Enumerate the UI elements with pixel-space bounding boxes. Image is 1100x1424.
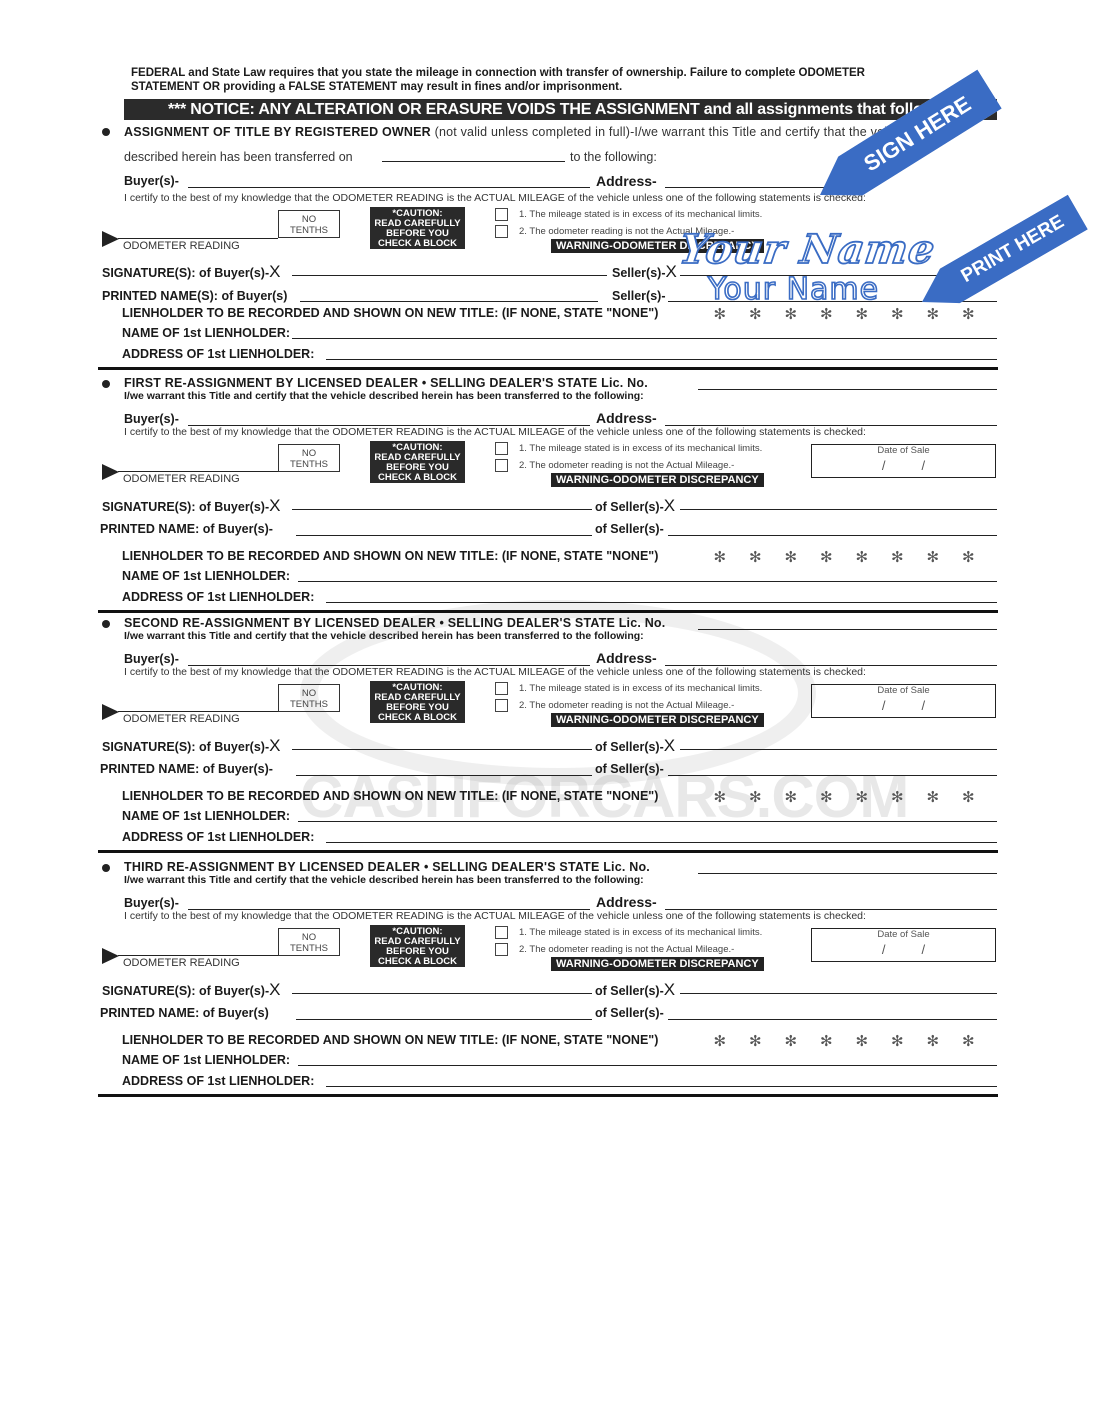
checkbox-not-actual-mileage[interactable] — [495, 699, 508, 712]
caution-box: *CAUTION:READ CAREFULLY BEFORE YOUCHECK … — [370, 207, 465, 249]
pointer-arrow-icon — [102, 464, 119, 480]
odometer-certify-text: I certify to the best of my knowledge th… — [124, 910, 866, 922]
no-tenths-box: NOTENTHS — [278, 928, 340, 956]
section-bullet — [102, 128, 110, 136]
section-divider — [98, 1094, 998, 1097]
seller-signature-field[interactable] — [680, 509, 997, 510]
pointer-arrow-icon — [102, 704, 119, 720]
seller-signature-field[interactable] — [680, 993, 997, 994]
seller-signature-label: of Seller(s)-X — [595, 496, 675, 516]
lienholder-address-field[interactable] — [326, 602, 997, 603]
odometer-reading-field[interactable] — [118, 471, 278, 472]
statement-not-actual-mileage: 2. The odometer reading is not the Actua… — [519, 460, 734, 471]
lienholder-address-label: ADDRESS OF 1st LIENHOLDER: — [122, 590, 314, 604]
buyer-printed-name-field[interactable] — [296, 535, 592, 536]
lienholder-address-field[interactable] — [326, 359, 997, 360]
transfer-date-field[interactable] — [382, 161, 565, 162]
lienholder-heading: LIENHOLDER TO BE RECORDED AND SHOWN ON N… — [122, 1033, 658, 1047]
notice-banner: *** NOTICE: ANY ALTERATION OR ERASURE VO… — [124, 99, 997, 120]
seller-printed-name-field[interactable] — [668, 535, 997, 536]
seller-printed-name-field[interactable] — [668, 1019, 997, 1020]
buyer-signature-field[interactable] — [292, 275, 607, 276]
statement-mechanical-limits: 1. The mileage stated is in excess of it… — [519, 209, 762, 220]
address-label: Address- — [596, 173, 657, 189]
caution-box: *CAUTION:READ CAREFULLY BEFORE YOUCHECK … — [370, 441, 465, 483]
owner-section-title: ASSIGNMENT OF TITLE BY REGISTERED OWNER — [124, 125, 431, 139]
seller-printed-name-field[interactable] — [668, 775, 997, 776]
date-of-sale-field[interactable]: / / — [812, 942, 995, 957]
buyer-printed-name-field[interactable] — [296, 1019, 592, 1020]
lienholder-name-field[interactable] — [298, 581, 997, 582]
date-of-sale-box[interactable]: Date of Sale / / — [811, 928, 996, 962]
sample-printed-name: Your Name — [708, 272, 879, 307]
legal-warning-line1: FEDERAL and State Law requires that you … — [131, 66, 1001, 80]
buyer-signature-label: SIGNATURE(S): of Buyer(s)-X — [102, 496, 280, 516]
checkbox-mechanical-limits[interactable] — [495, 682, 508, 695]
statement-not-actual-mileage: 2. The odometer reading is not the Actua… — [519, 700, 734, 711]
dealer-license-field[interactable] — [698, 629, 997, 630]
odometer-reading-label: ODOMETER READING — [123, 240, 240, 252]
dealer-warrant-text: I/we warrant this Title and certify that… — [124, 630, 644, 642]
buyer-printed-name-field[interactable] — [296, 775, 592, 776]
buyer-signature-field[interactable] — [292, 509, 592, 510]
buyer-printed-name-label: PRINTED NAME: of Buyer(s)- — [100, 762, 273, 776]
date-of-sale-label: Date of Sale — [812, 929, 995, 940]
dealer-license-field[interactable] — [698, 873, 997, 874]
legal-warning-line2: STATEMENT OR providing a FALSE STATEMENT… — [131, 80, 1001, 94]
date-of-sale-box[interactable]: Date of Sale / / — [811, 444, 996, 478]
lienholder-heading: LIENHOLDER TO BE RECORDED AND SHOWN ON N… — [122, 789, 658, 803]
no-tenths-box: NOTENTHS — [278, 444, 340, 472]
dealer-section-title: THIRD RE-ASSIGNMENT BY LICENSED DEALER •… — [124, 860, 650, 874]
transfer-to-label: to the following: — [570, 150, 657, 164]
seller-signature-label: Seller(s)-X — [612, 262, 677, 282]
odometer-certify-text: I certify to the best of my knowledge th… — [124, 666, 866, 678]
transfer-date-label: described herein has been transferred on — [124, 150, 353, 164]
transfer-date-row: described herein has been transferred on — [124, 150, 353, 164]
lienholder-heading: LIENHOLDER TO BE RECORDED AND SHOWN ON N… — [122, 549, 658, 563]
address-label: Address- — [596, 410, 657, 426]
buyer-signature-label: SIGNATURE(S): of Buyer(s)-X — [102, 736, 280, 756]
date-of-sale-label: Date of Sale — [812, 445, 995, 456]
odometer-discrepancy-warning: WARNING-ODOMETER DISCREPANCY — [551, 957, 764, 971]
lienholder-name-label: NAME OF 1st LIENHOLDER: — [122, 1053, 290, 1067]
statement-mechanical-limits: 1. The mileage stated is in excess of it… — [519, 683, 762, 694]
sample-signature: Your Name — [677, 226, 939, 273]
seller-printed-name-label: of Seller(s)- — [595, 762, 664, 776]
odometer-reading-field[interactable] — [118, 955, 278, 956]
owner-section-heading: ASSIGNMENT OF TITLE BY REGISTERED OWNER … — [124, 125, 911, 139]
odometer-reading-label: ODOMETER READING — [123, 957, 240, 969]
star-row: ✻✻✻✻✻✻✻✻ — [702, 1032, 986, 1050]
odometer-reading-label: ODOMETER READING — [123, 713, 240, 725]
print-here-label: PRINT HERE — [958, 211, 1068, 287]
buyer-signature-field[interactable] — [292, 749, 592, 750]
lienholder-name-label: NAME OF 1st LIENHOLDER: — [122, 569, 290, 583]
star-row: ✻✻✻✻✻✻✻✻ — [702, 305, 986, 323]
odometer-reading-field[interactable] — [118, 238, 278, 239]
dealer-section-title: FIRST RE-ASSIGNMENT BY LICENSED DEALER •… — [124, 376, 648, 390]
lienholder-address-label: ADDRESS OF 1st LIENHOLDER: — [122, 830, 314, 844]
odometer-certify-text: I certify to the best of my knowledge th… — [124, 426, 866, 438]
address-field[interactable] — [665, 187, 840, 188]
lienholder-heading: LIENHOLDER TO BE RECORDED AND SHOWN ON N… — [122, 306, 658, 320]
checkbox-not-actual-mileage[interactable] — [495, 459, 508, 472]
no-tenths-box: NOTENTHS — [278, 210, 340, 238]
statement-not-actual-mileage: 2. The odometer reading is not the Actua… — [519, 944, 734, 955]
date-of-sale-label: Date of Sale — [812, 685, 995, 696]
owner-section-note: (not valid unless completed in full)-I/w… — [435, 125, 911, 139]
dealer-license-field[interactable] — [698, 389, 997, 390]
star-row: ✻✻✻✻✻✻✻✻ — [702, 548, 986, 566]
checkbox-not-actual-mileage[interactable] — [495, 943, 508, 956]
section-bullet — [102, 864, 110, 872]
caution-box: *CAUTION:READ CAREFULLY BEFORE YOUCHECK … — [370, 681, 465, 723]
buyer-signature-label: SIGNATURE(S): of Buyer(s)-X — [102, 980, 280, 1000]
pointer-arrow-icon — [102, 231, 119, 247]
buyer-field[interactable] — [188, 187, 590, 188]
checkbox-not-actual-mileage[interactable] — [495, 225, 508, 238]
buyer-printed-name-field[interactable] — [300, 301, 598, 302]
buyer-printed-name-label: PRINTED NAME: of Buyer(s) — [100, 1006, 269, 1020]
seller-signature-field[interactable] — [680, 749, 997, 750]
checkbox-mechanical-limits[interactable] — [495, 442, 508, 455]
seller-printed-name-label: of Seller(s)- — [595, 1006, 664, 1020]
date-of-sale-box[interactable]: Date of Sale / / — [811, 684, 996, 718]
section-divider — [98, 367, 998, 370]
odometer-reading-label: ODOMETER READING — [123, 473, 240, 485]
buyer-printed-name-label: PRINTED NAME: of Buyer(s)- — [100, 522, 273, 536]
statement-mechanical-limits: 1. The mileage stated is in excess of it… — [519, 443, 762, 454]
lienholder-address-field[interactable] — [326, 842, 997, 843]
section-divider — [98, 850, 998, 853]
seller-signature-label: of Seller(s)-X — [595, 736, 675, 756]
lienholder-name-field[interactable] — [298, 821, 997, 822]
lienholder-name-field[interactable] — [298, 1065, 997, 1066]
seller-printed-name-label: of Seller(s)- — [595, 522, 664, 536]
date-of-sale-field[interactable]: / / — [812, 698, 995, 713]
buyer-label: Buyer(s)- — [124, 412, 179, 426]
section-bullet — [102, 380, 110, 388]
lienholder-name-label: NAME OF 1st LIENHOLDER: — [122, 809, 290, 823]
buyer-label: Buyer(s)- — [124, 652, 179, 666]
lienholder-address-label: ADDRESS OF 1st LIENHOLDER: — [122, 1074, 314, 1088]
no-tenths-box: NOTENTHS — [278, 684, 340, 712]
statement-mechanical-limits: 1. The mileage stated is in excess of it… — [519, 927, 762, 938]
buyer-printed-name-label: PRINTED NAME(S): of Buyer(s) — [102, 289, 287, 303]
odometer-reading-field[interactable] — [118, 711, 278, 712]
buyer-label: Buyer(s)- — [124, 174, 179, 188]
section-divider — [98, 610, 998, 613]
buyer-signature-label: SIGNATURE(S): of Buyer(s)-X — [102, 262, 280, 282]
print-here-callout: PRINT HERE — [912, 195, 1088, 320]
dealer-warrant-text: I/we warrant this Title and certify that… — [124, 874, 644, 886]
buyer-signature-field[interactable] — [292, 993, 592, 994]
odometer-discrepancy-warning: WARNING-ODOMETER DISCREPANCY — [551, 473, 764, 487]
legal-warning: FEDERAL and State Law requires that you … — [131, 66, 1001, 94]
caution-box: *CAUTION:READ CAREFULLY BEFORE YOUCHECK … — [370, 925, 465, 967]
star-row: ✻✻✻✻✻✻✻✻ — [702, 788, 986, 806]
checkbox-mechanical-limits[interactable] — [495, 208, 508, 221]
section-bullet — [102, 620, 110, 628]
buyer-label: Buyer(s)- — [124, 896, 179, 910]
lienholder-name-label: NAME OF 1st LIENHOLDER: — [122, 326, 290, 340]
lienholder-address-field[interactable] — [326, 1086, 997, 1087]
odometer-discrepancy-warning: WARNING-ODOMETER DISCREPANCY — [551, 713, 764, 727]
lienholder-address-label: ADDRESS OF 1st LIENHOLDER: — [122, 347, 314, 361]
address-label: Address- — [596, 650, 657, 666]
date-of-sale-field[interactable]: / / — [812, 458, 995, 473]
seller-printed-name-label: Seller(s)- — [612, 289, 666, 303]
lienholder-name-field[interactable] — [292, 338, 997, 339]
odometer-certify-text: I certify to the best of my knowledge th… — [124, 192, 866, 204]
dealer-section-title: SECOND RE-ASSIGNMENT BY LICENSED DEALER … — [124, 616, 665, 630]
address-label: Address- — [596, 894, 657, 910]
pointer-arrow-icon — [102, 948, 119, 964]
checkbox-mechanical-limits[interactable] — [495, 926, 508, 939]
seller-signature-label: of Seller(s)-X — [595, 980, 675, 1000]
dealer-warrant-text: I/we warrant this Title and certify that… — [124, 390, 644, 402]
